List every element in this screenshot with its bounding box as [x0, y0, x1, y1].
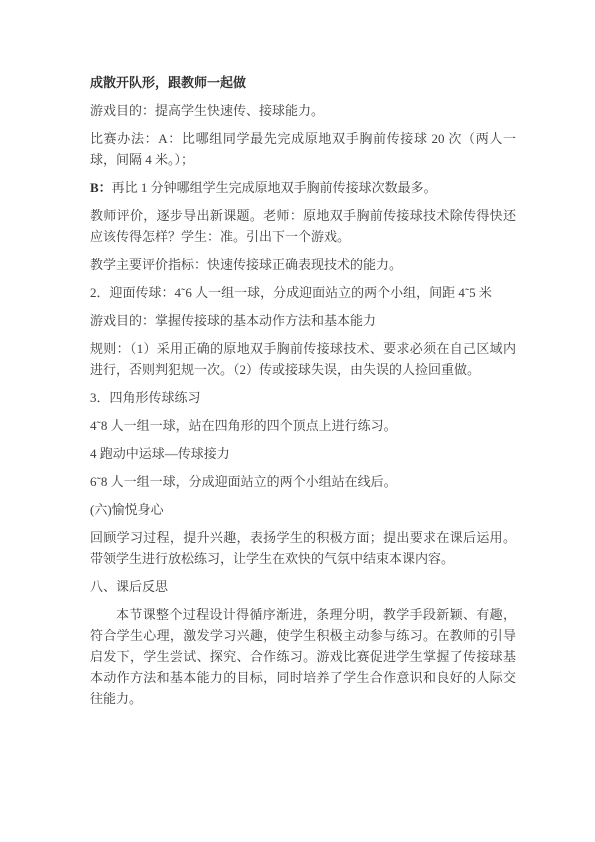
document-page: 成散开队形，跟教师一起做游戏目的：提高学生快速传、接球能力。比赛办法：A：比哪组…	[0, 0, 595, 842]
text-run: 6˜8 人一组一球，分成迎面站立的两个小组站在线后。	[90, 474, 397, 489]
paragraph: 2．迎面传球：4˜6 人一组一球，分成迎面站立的两个小组，间距 4˜5 米	[90, 282, 516, 303]
paragraph: 教学主要评价指标：快速传接球正确表现技术的能力。	[90, 254, 516, 275]
text-run: 教学主要评价指标：快速传接球正确表现技术的能力。	[90, 257, 402, 272]
text-run: 再比 1 分钟哪组学生完成原地双手胸前传接球次数最多。	[112, 180, 437, 195]
paragraph: 八、课后反思	[90, 576, 516, 597]
text-run: 回顾学习过程，提升兴趣，表扬学生的积极方面；提出要求在课后运用。带领学生进行放松…	[90, 530, 516, 566]
text-run: 教师评价，逐步导出新课题。老师：原地双手胸前传接球技术除传得快还应该传得怎样？学…	[90, 208, 516, 244]
paragraph: 比赛办法：A：比哪组同学最先完成原地双手胸前传接球 20 次（两人一球，间隔 4…	[90, 128, 516, 170]
paragraph: 本节课整个过程设计得循序渐进，条理分明，教学手段新颖、有趣，符合学生心理，激发学…	[90, 604, 516, 709]
paragraph: 游戏目的：提高学生快速传、接球能力。	[90, 100, 516, 121]
paragraph: 6˜8 人一组一球，分成迎面站立的两个小组站在线后。	[90, 471, 516, 492]
paragraph: 4 跑动中运球—传球接力	[90, 443, 516, 464]
text-run: 游戏目的：提高学生快速传、接球能力。	[90, 103, 324, 118]
document-body: 成散开队形，跟教师一起做游戏目的：提高学生快速传、接球能力。比赛办法：A：比哪组…	[90, 72, 516, 716]
paragraph: 教师评价，逐步导出新课题。老师：原地双手胸前传接球技术除传得快还应该传得怎样？学…	[90, 205, 516, 247]
text-run: 游戏目的：掌握传接球的基本动作方法和基本能力	[90, 313, 376, 328]
text-run: (六)愉悦身心	[90, 502, 164, 517]
text-run: 2．迎面传球：4˜6 人一组一球，分成迎面站立的两个小组，间距 4˜5 米	[90, 285, 492, 300]
text-run: 本节课整个过程设计得循序渐进，条理分明，教学手段新颖、有趣，符合学生心理，激发学…	[90, 607, 516, 706]
text-run: 八、课后反思	[90, 579, 168, 594]
text-run: 4˜8 人一组一球，站在四角形的四个顶点上进行练习。	[90, 418, 397, 433]
text-run: 比赛办法：A：比哪组同学最先完成原地双手胸前传接球 20 次（两人一球，间隔 4…	[90, 131, 516, 167]
text-run: B：	[90, 180, 112, 195]
paragraph: 4˜8 人一组一球，站在四角形的四个顶点上进行练习。	[90, 415, 516, 436]
text-run: 3．四角形传球练习	[90, 390, 201, 405]
text-run: 成散开队形，跟教师一起做	[90, 75, 246, 90]
paragraph: 成散开队形，跟教师一起做	[90, 72, 516, 93]
paragraph: 回顾学习过程，提升兴趣，表扬学生的积极方面；提出要求在课后运用。带领学生进行放松…	[90, 527, 516, 569]
paragraph: 游戏目的：掌握传接球的基本动作方法和基本能力	[90, 310, 516, 331]
text-run: 规则：（1）采用正确的原地双手胸前传接球技术、要求必须在自己区域内进行，否则判犯…	[90, 341, 516, 377]
text-run: 4 跑动中运球—传球接力	[90, 446, 230, 461]
paragraph: B：再比 1 分钟哪组学生完成原地双手胸前传接球次数最多。	[90, 177, 516, 198]
paragraph: 3．四角形传球练习	[90, 387, 516, 408]
paragraph: (六)愉悦身心	[90, 499, 516, 520]
paragraph: 规则：（1）采用正确的原地双手胸前传接球技术、要求必须在自己区域内进行，否则判犯…	[90, 338, 516, 380]
